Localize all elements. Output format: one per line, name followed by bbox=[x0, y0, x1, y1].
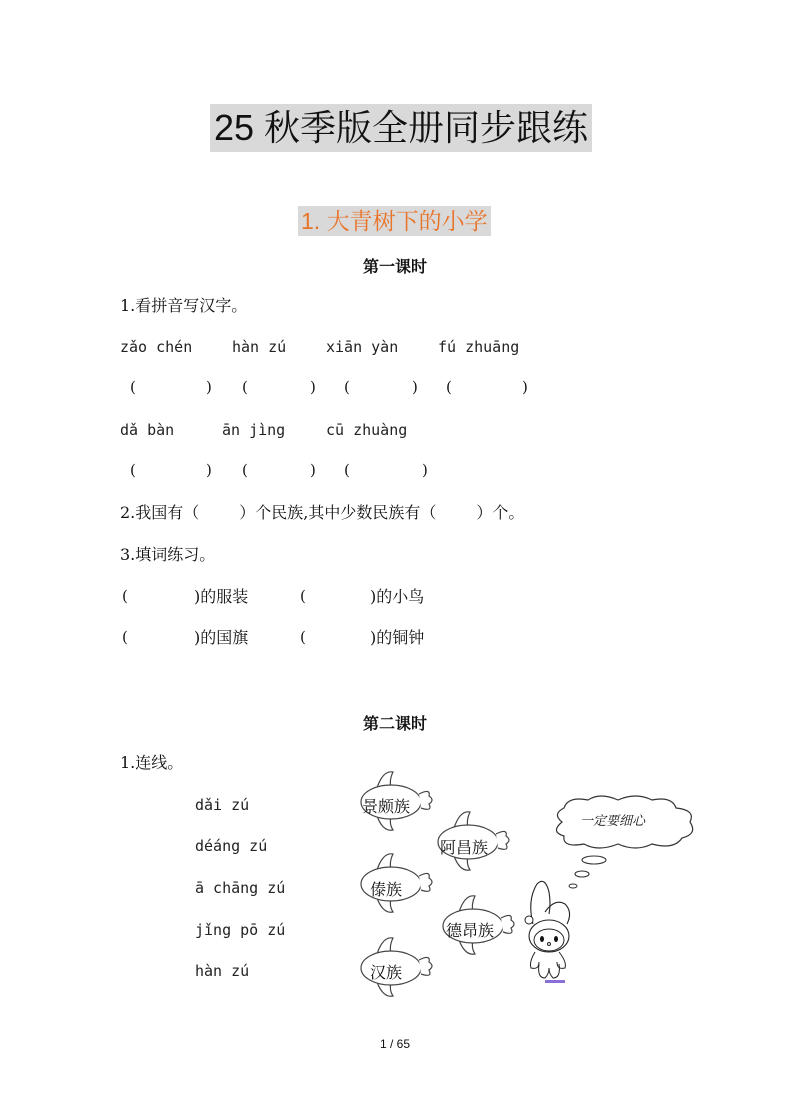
answer-blank[interactable]: ( bbox=[344, 378, 350, 396]
fill-word-item: )的铜钟 bbox=[370, 628, 424, 648]
lesson-title: 1. 大青树下的小学 bbox=[298, 206, 491, 236]
match-ethnic-group[interactable]: 景颇族 bbox=[362, 794, 410, 817]
pinyin-item: ān jìng bbox=[222, 421, 285, 439]
answer-blank-close: ) bbox=[310, 461, 316, 479]
answer-blank[interactable]: ( bbox=[300, 628, 306, 646]
pinyin-item: zǎo chén bbox=[120, 338, 192, 356]
answer-blank-close: ) bbox=[522, 378, 528, 396]
period-1-heading: 第一课时 bbox=[0, 254, 790, 277]
match-pinyin[interactable]: dǎi zú bbox=[195, 796, 249, 814]
p1-q1-prompt: 1.看拼音写汉字。 bbox=[120, 296, 247, 316]
match-ethnic-group[interactable]: 德昂族 bbox=[446, 918, 494, 941]
fill-word-item: )的国旗 bbox=[194, 628, 248, 648]
pinyin-item: fú zhuāng bbox=[438, 338, 519, 356]
answer-blank[interactable]: ( bbox=[122, 628, 128, 646]
answer-blank-close: ) bbox=[310, 378, 316, 396]
answer-blank[interactable]: ( bbox=[130, 378, 136, 396]
match-pinyin[interactable]: ā chāng zú bbox=[195, 879, 285, 897]
pinyin-item: xiān yàn bbox=[326, 338, 398, 356]
period-2-heading: 第二课时 bbox=[0, 711, 790, 734]
match-pinyin[interactable]: déáng zú bbox=[195, 837, 267, 855]
answer-blank[interactable]: ( bbox=[344, 461, 350, 479]
answer-blank[interactable]: ( bbox=[122, 587, 128, 605]
p1-q2: 2.我国有（）个民族,其中少数民族有（）个。 bbox=[120, 503, 524, 523]
pinyin-item: hàn zú bbox=[232, 338, 286, 356]
match-ethnic-group[interactable]: 阿昌族 bbox=[440, 835, 488, 858]
page-number: 1 / 65 bbox=[0, 1037, 790, 1051]
fill-word-item: )的服装 bbox=[194, 587, 248, 607]
thought-bubble-text: 一定要细心 bbox=[580, 810, 645, 829]
q2-text-1: 2.我国有（ bbox=[120, 503, 199, 522]
main-title: 25 秋季版全册同步跟练 bbox=[210, 104, 592, 152]
answer-blank[interactable]: ( bbox=[300, 587, 306, 605]
answer-blank[interactable]: ( bbox=[242, 378, 248, 396]
answer-blank[interactable]: ( bbox=[130, 461, 136, 479]
p1-q3-prompt: 3.填词练习。 bbox=[120, 545, 215, 565]
answer-blank-close: ) bbox=[206, 461, 212, 479]
match-ethnic-group[interactable]: 傣族 bbox=[370, 877, 402, 900]
answer-blank-close: ) bbox=[412, 378, 418, 396]
pinyin-item: dǎ bàn bbox=[120, 421, 174, 439]
fill-word-item: )的小鸟 bbox=[370, 587, 424, 607]
p2-q1-prompt: 1.连线。 bbox=[120, 753, 183, 773]
match-pinyin[interactable]: hàn zú bbox=[195, 962, 249, 980]
pinyin-item: cū zhuàng bbox=[326, 421, 407, 439]
match-ethnic-group[interactable]: 汉族 bbox=[370, 960, 402, 983]
cartoon-character-icon bbox=[515, 878, 585, 986]
answer-blank-close: ) bbox=[206, 378, 212, 396]
answer-blank[interactable]: ( bbox=[446, 378, 452, 396]
answer-blank[interactable]: ( bbox=[242, 461, 248, 479]
q2-text-3: ）个。 bbox=[476, 503, 524, 522]
q2-text-2: ）个民族,其中少数民族有（ bbox=[239, 503, 436, 522]
answer-blank-close: ) bbox=[422, 461, 428, 479]
match-pinyin[interactable]: jǐng pō zú bbox=[195, 921, 285, 939]
